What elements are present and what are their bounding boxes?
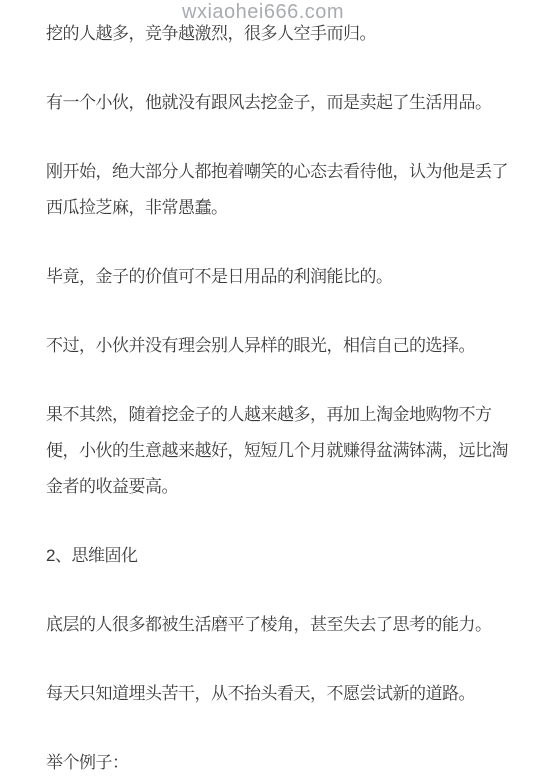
section-heading-fixed-mindset: 2、思维固化 — [46, 538, 516, 574]
article-page: { "page": { "background_color": "#ffffff… — [0, 0, 560, 783]
paragraph-example-lead-in: 举个例子： — [46, 745, 516, 781]
paragraph-young-man: 有一个小伙，他就没有跟风去挖金子，而是卖起了生活用品。 — [46, 85, 516, 121]
paragraph-hard-work: 每天只知道埋头苦干，从不抬头看天，不愿尝试新的道路。 — [46, 676, 516, 712]
paragraph-bottom-class: 底层的人很多都被生活磨平了棱角，甚至失去了思考的能力。 — [46, 607, 516, 643]
paragraph-business-success: 果不其然，随着挖金子的人越来越多，再加上淘金地购物不方便，小伙的生意越来越好，短… — [46, 397, 516, 505]
article-content: 挖的人越多，竞争越激烈，很多人空手而归。 有一个小伙，他就没有跟风去挖金子，而是… — [0, 0, 560, 781]
paragraph-mocked: 刚开始，绝大部分人都抱着嘲笑的心态去看待他，认为他是丢了西瓜捡芝麻，非常愚蠢。 — [46, 154, 516, 226]
paragraph-gold-diggers: 挖的人越多，竞争越激烈，很多人空手而归。 — [46, 16, 516, 52]
paragraph-own-choice: 不过，小伙并没有理会别人异样的眼光，相信自己的选择。 — [46, 328, 516, 364]
paragraph-gold-value: 毕竟，金子的价值可不是日用品的利润能比的。 — [46, 259, 516, 295]
